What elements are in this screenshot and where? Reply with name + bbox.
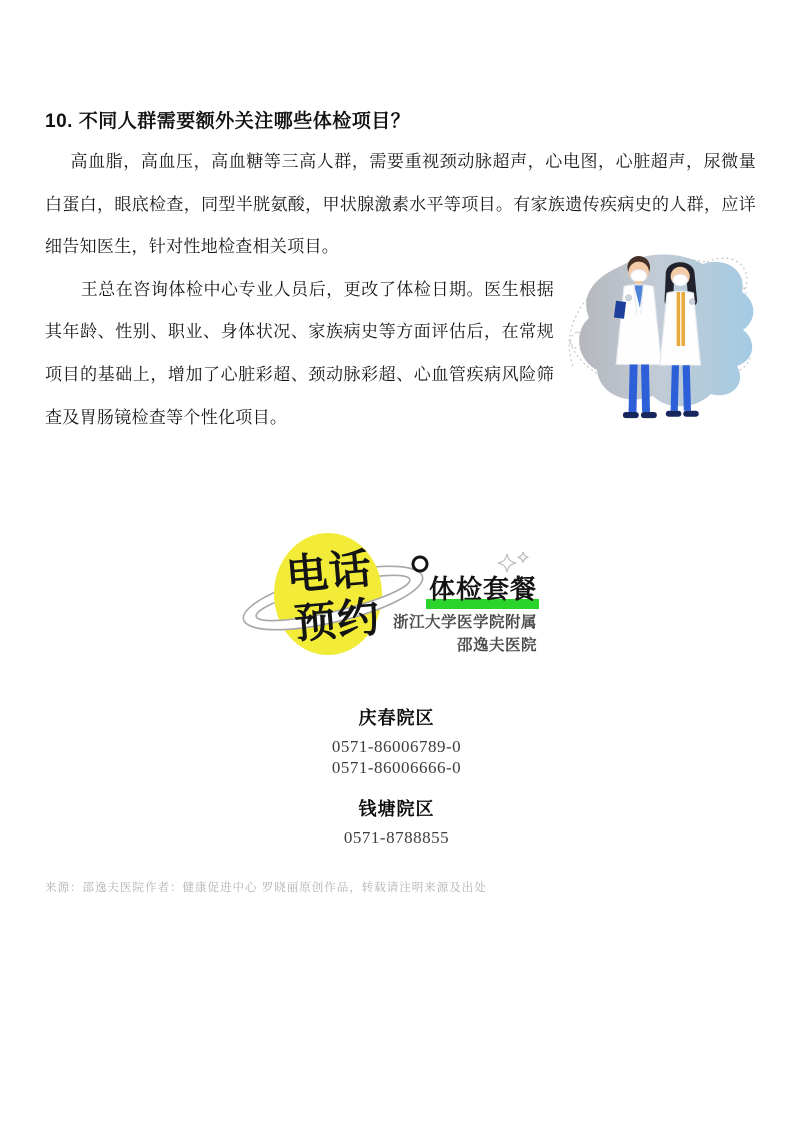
sparkle-icon — [498, 552, 528, 572]
paragraph-2: 王总在咨询体检中心专业人员后，更改了体检日期。医生根据其年龄、性别、职业、身体状… — [45, 269, 554, 439]
campus-name: 庆春院区 — [0, 706, 793, 730]
package-title: 体检套餐 — [429, 575, 537, 603]
hospital-name-line2: 邵逸夫医院 — [360, 635, 537, 658]
hospital-name-line1: 浙江大学医学院附属 — [360, 612, 537, 635]
footer-source: 来源：邵逸夫医院作者：健康促进中心 罗晓丽原创作品，转载请注明来源及出处 — [45, 879, 487, 895]
degree-circle-icon — [413, 557, 427, 571]
phone-number: 0571-86006789-0 — [0, 736, 793, 757]
contact-section: 庆春院区 0571-86006789-0 0571-86006666-0 钱塘院… — [0, 706, 793, 867]
contact-group-qiantang: 钱塘院区 0571-8788855 — [0, 797, 793, 848]
article-heading: 10. 不同人群需要额外关注哪些体检项目？ — [45, 106, 410, 133]
two-doctors-illustration — [565, 246, 757, 428]
hospital-name: 浙江大学医学院附属 邵逸夫医院 — [360, 612, 537, 657]
badge-text-line1: 电话 — [284, 545, 374, 599]
phone-number: 0571-86006666-0 — [0, 757, 793, 778]
campus-name: 钱塘院区 — [0, 797, 793, 821]
phone-number: 0571-8788855 — [0, 827, 793, 848]
page: 10. 不同人群需要额外关注哪些体检项目？ 高血脂，高血压，高血糖等三高人群，需… — [0, 0, 793, 1122]
contact-group-qingchun: 庆春院区 0571-86006789-0 0571-86006666-0 — [0, 706, 793, 778]
